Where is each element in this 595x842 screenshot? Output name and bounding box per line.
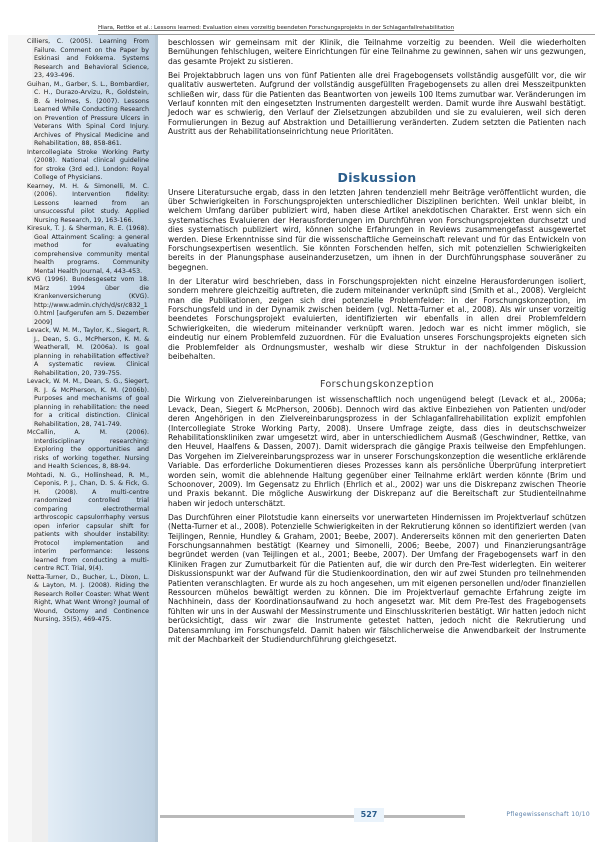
reference-item: Netta-Turner, D., Bucher, L., Dixon, L. … — [27, 574, 149, 625]
reference-item: KVG (1996). Bundesgesetz vom 18. März 19… — [27, 276, 149, 327]
running-header: Hiara, Rettke et al.: Lessons learned: E… — [98, 22, 595, 35]
body-paragraph: Unsere Literatursuche ergab, dass in den… — [168, 188, 586, 273]
reference-item: McCallin, A. M. (2006). Interdisciplinar… — [27, 429, 149, 472]
reference-item: Kearney, M. H. & Simonelli, M. C. (2006)… — [27, 183, 149, 226]
reference-item: Intercollegiate Stroke Working Party (20… — [27, 149, 149, 183]
body-paragraph: Bei Projektabbruch lagen uns von fünf Pa… — [168, 71, 586, 137]
body-paragraph: beschlossen wir gemeinsam mit der Klinik… — [168, 38, 586, 66]
reference-item: Guihan, M., Garber, S. L., Bombardier, C… — [27, 81, 149, 149]
body-paragraph: Das Durchführen einer Pilotstudie kann e… — [168, 513, 586, 645]
footer-rule — [160, 815, 465, 818]
reference-item: Mohtadi, N. G., Hollinshead, R. M., Cepo… — [27, 472, 149, 574]
subsection-heading-forschungskonzeption: Forschungskonzeption — [168, 379, 586, 391]
section-heading-diskussion: Diskussion — [168, 171, 586, 185]
reference-item: Levack, W. M. M., Dean, S. G., Siegert, … — [27, 378, 149, 429]
references-list: Cilliers, C. (2005). Learning From Failu… — [27, 38, 149, 625]
reference-item: Cilliers, C. (2005). Learning From Failu… — [27, 38, 149, 81]
journal-name: Pflegewissenschaft 10/10 — [470, 808, 590, 822]
body-paragraph: In der Literatur wird beschrieben, dass … — [168, 277, 586, 362]
reference-item: Kiresuk, T. J. & Sherman, R. E. (1968). … — [27, 225, 149, 276]
body-paragraph: Die Wirkung von Zielvereinbarungen ist w… — [168, 395, 586, 508]
page-number: 527 — [354, 808, 384, 822]
reference-item: Levack, W. M. M., Taylor, K., Siegert, R… — [27, 327, 149, 378]
sidebar-edge-divider — [155, 35, 158, 842]
main-text-column: beschlossen wir gemeinsam mit der Klinik… — [168, 38, 586, 649]
